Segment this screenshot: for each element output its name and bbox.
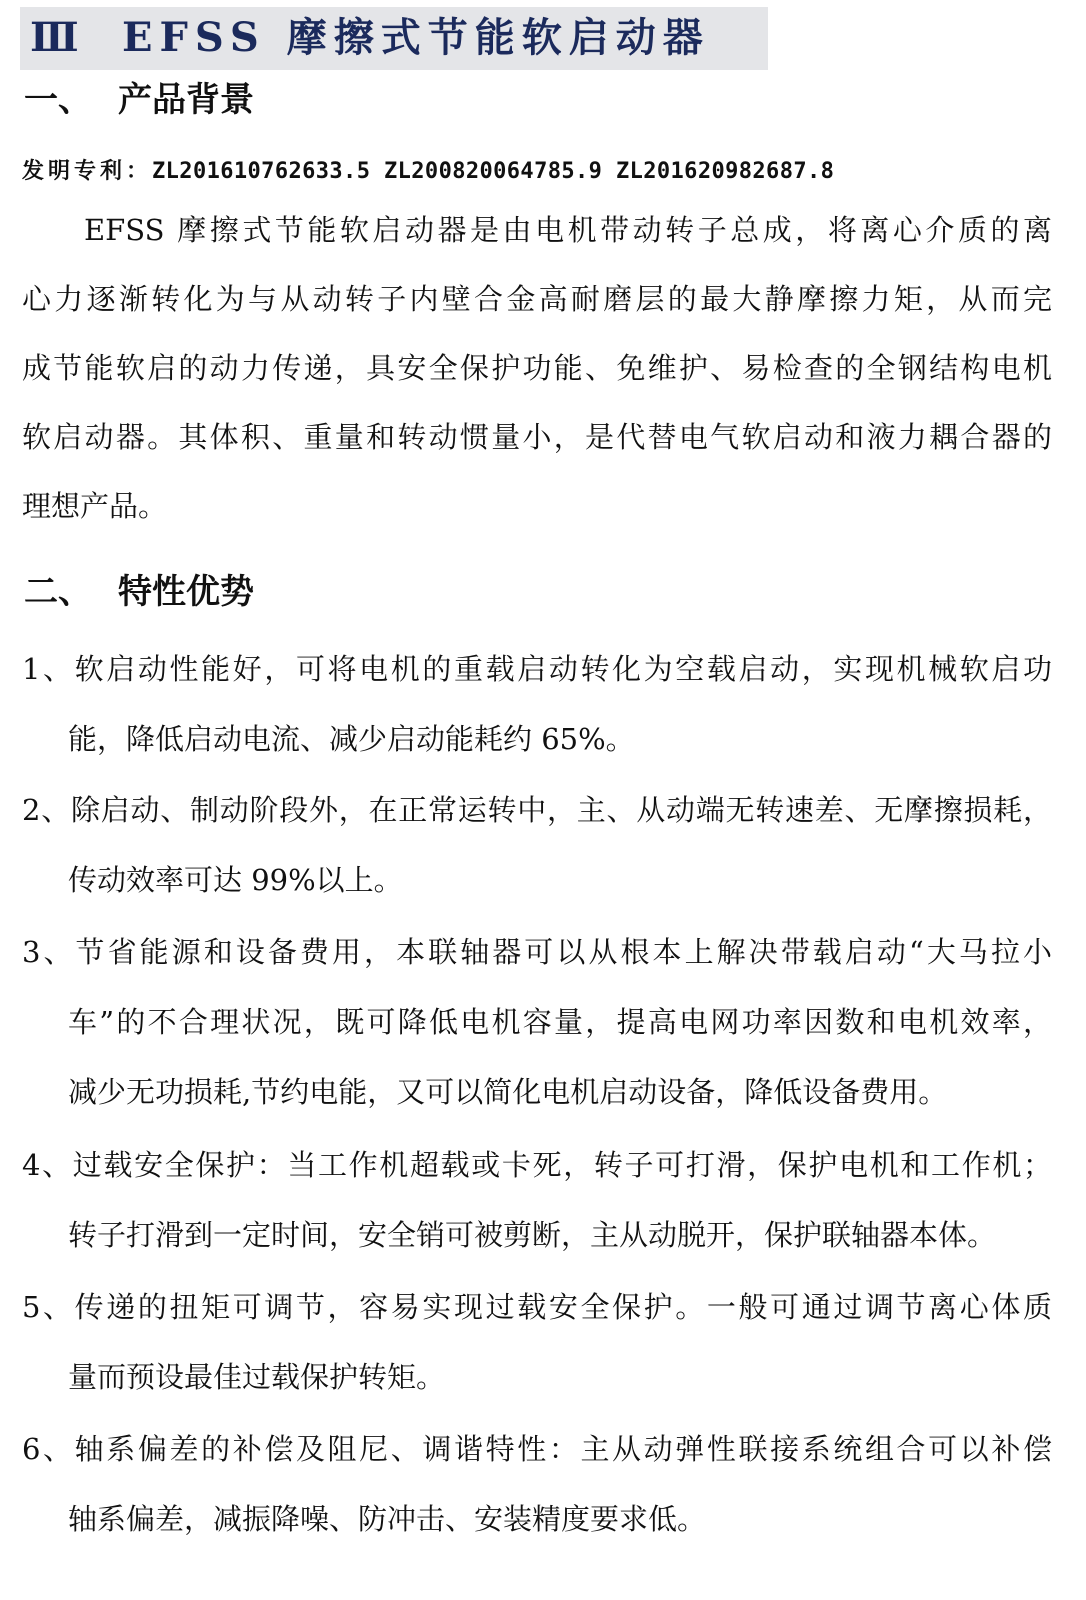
paragraph-line: 理想产品。: [22, 472, 1052, 541]
feature-item-1: 1、软启动性能好，可将电机的重载启动转化为空载启动，实现机械软启功 能，降低启动…: [22, 634, 1052, 774]
section-number: 二、: [24, 570, 118, 614]
feature-line: 5、传递的扭矩可调节，容易实现过载安全保护。一般可通过调节离心体质: [22, 1272, 1052, 1342]
feature-line: 能，降低启动电流、减少启动能耗约 65%。: [22, 704, 1052, 774]
feature-line: 2、除启动、制动阶段外，在正常运转中，主、从动端无转速差、无摩擦损耗，: [22, 775, 1052, 845]
patent-label: 发明专利：: [22, 159, 152, 184]
paragraph-line: 软启动器。其体积、重量和转动惯量小，是代替电气软启动和液力耦合器的: [22, 403, 1052, 472]
feature-item-6: 6、轴系偏差的补偿及阻尼、调谐特性：主从动弹性联接系统组合可以补偿 轴系偏差，减…: [22, 1414, 1052, 1554]
feature-line: 减少无功损耗,节约电能，又可以简化电机启动设备，降低设备费用。: [22, 1057, 1052, 1127]
feature-line: 车”的不合理状况，既可降低电机容量，提高电网功率因数和电机效率，: [22, 987, 1052, 1057]
patent-numbers: ZL201610762633.5 ZL200820064785.9 ZL2016…: [152, 159, 834, 184]
feature-line: 4、过载安全保护：当工作机超载或卡死，转子可打滑，保护电机和工作机；: [22, 1130, 1052, 1200]
feature-item-4: 4、过载安全保护：当工作机超载或卡死，转子可打滑，保护电机和工作机； 转子打滑到…: [22, 1130, 1052, 1270]
section-heading-background: 一、产品背景: [24, 78, 254, 122]
document-title: ⅢEFSS 摩擦式节能软启动器: [30, 12, 710, 64]
paragraph-line: 成节能软启的动力传递，具安全保护功能、免维护、易检查的全钢结构电机: [22, 334, 1052, 403]
paragraph-line: 心力逐渐转化为与从动转子内壁合金高耐磨层的最大静摩擦力矩，从而完: [22, 265, 1052, 334]
background-paragraph: EFSS 摩擦式节能软启动器是由电机带动转子总成，将离心介质的离 心力逐渐转化为…: [22, 196, 1052, 541]
feature-line: 6、轴系偏差的补偿及阻尼、调谐特性：主从动弹性联接系统组合可以补偿: [22, 1414, 1052, 1484]
chapter-number: Ⅲ: [30, 12, 122, 64]
feature-item-3: 3、节省能源和设备费用，本联轴器可以从根本上解决带载启动“大马拉小 车”的不合理…: [22, 917, 1052, 1127]
section-heading-features: 二、特性优势: [24, 570, 254, 614]
feature-line: 轴系偏差，减振降噪、防冲击、安装精度要求低。: [22, 1484, 1052, 1554]
section-title: 产品背景: [118, 80, 254, 120]
feature-line: 3、节省能源和设备费用，本联轴器可以从根本上解决带载启动“大马拉小: [22, 917, 1052, 987]
feature-line: 量而预设最佳过载保护转矩。: [22, 1342, 1052, 1412]
feature-item-2: 2、除启动、制动阶段外，在正常运转中，主、从动端无转速差、无摩擦损耗， 传动效率…: [22, 775, 1052, 915]
patent-line: 发明专利：ZL201610762633.5 ZL200820064785.9 Z…: [22, 158, 834, 186]
feature-line: 传动效率可达 99%以上。: [22, 845, 1052, 915]
feature-item-5: 5、传递的扭矩可调节，容易实现过载安全保护。一般可通过调节离心体质 量而预设最佳…: [22, 1272, 1052, 1412]
feature-line: 1、软启动性能好，可将电机的重载启动转化为空载启动，实现机械软启功: [22, 634, 1052, 704]
section-number: 一、: [24, 78, 118, 122]
feature-line: 转子打滑到一定时间，安全销可被剪断，主从动脱开，保护联轴器本体。: [22, 1200, 1052, 1270]
paragraph-line: EFSS 摩擦式节能软启动器是由电机带动转子总成，将离心介质的离: [22, 196, 1052, 265]
title-label: EFSS 摩擦式节能软启动器: [122, 14, 710, 61]
section-title: 特性优势: [118, 572, 254, 612]
